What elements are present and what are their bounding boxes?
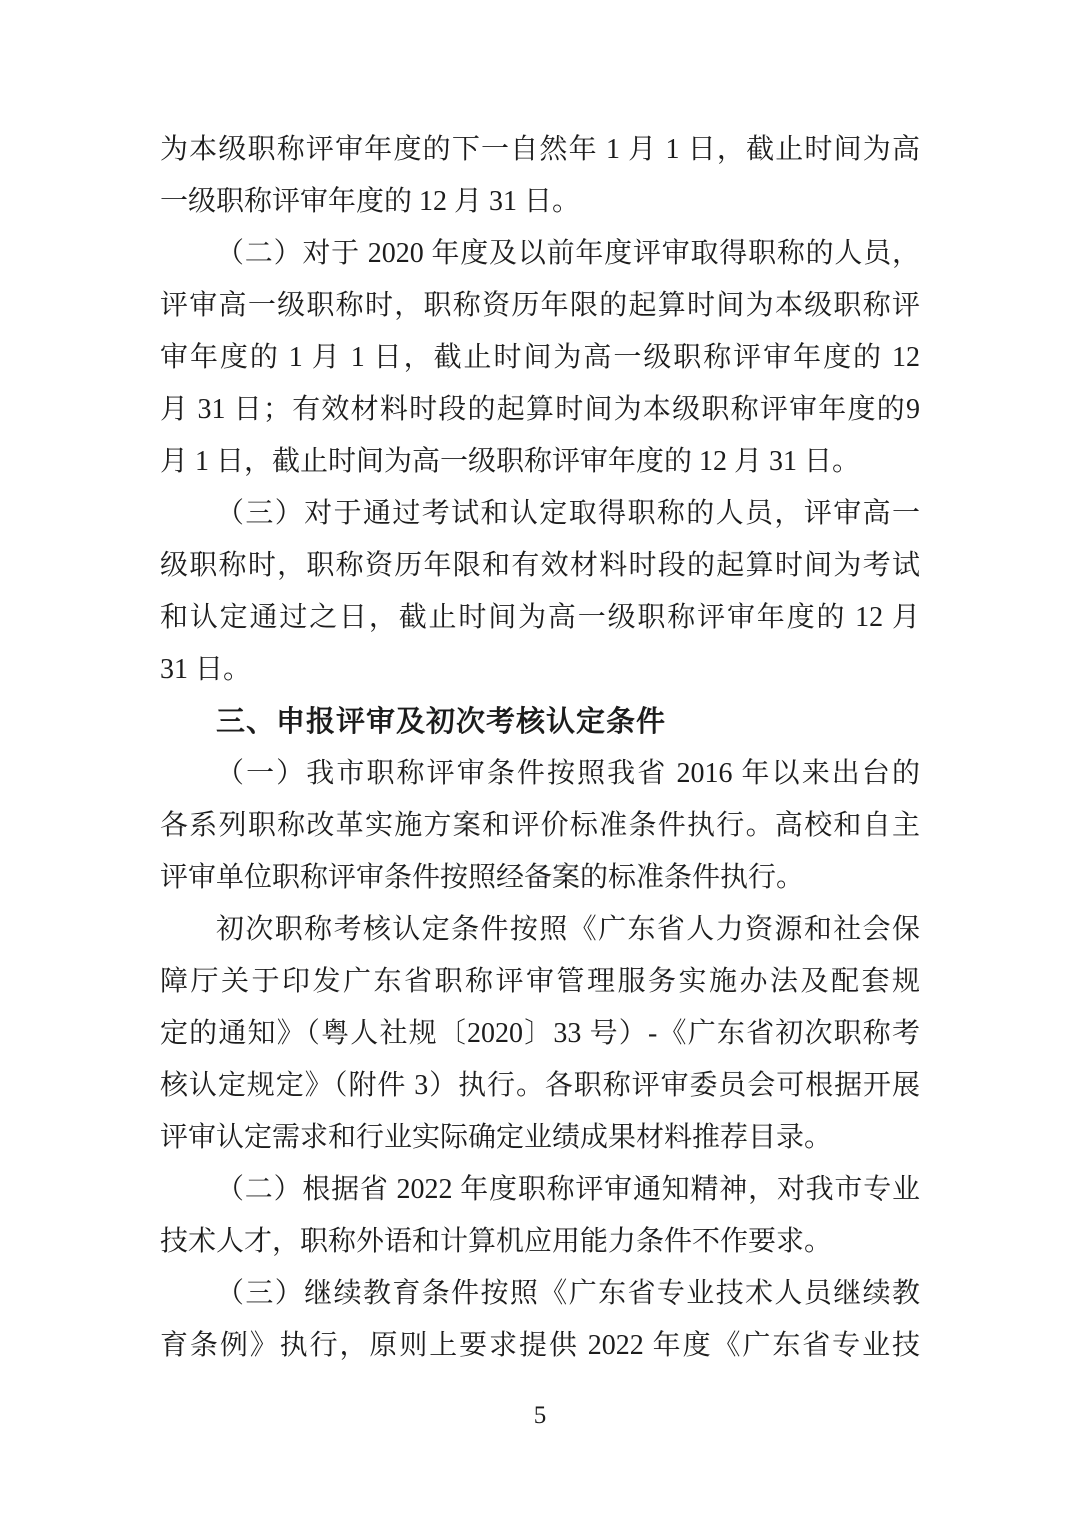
text-line: 育条例》执行，原则上要求提供 2022 年度《广东省专业技 <box>160 1320 920 1372</box>
text-line: （一）我市职称评审条件按照我省 2016 年以来出台的 <box>160 748 920 800</box>
text-line: （二）根据省 2022 年度职称评审通知精神，对我市专业 <box>160 1164 920 1216</box>
text-line: 定的通知》（粤人社规〔2020〕33 号）-《广东省初次职称考 <box>160 1008 920 1060</box>
text-line: 月 1 日，截止时间为高一级职称评审年度的 12 月 31 日。 <box>160 436 920 488</box>
document-body: 为本级职称评审年度的下一自然年 1 月 1 日，截止时间为高一级职称评审年度的 … <box>160 124 920 1372</box>
text-line: 障厅关于印发广东省职称评审管理服务实施办法及配套规 <box>160 956 920 1008</box>
text-line: 评审单位职称评审条件按照经备案的标准条件执行。 <box>160 852 920 904</box>
text-line: 一级职称评审年度的 12 月 31 日。 <box>160 176 920 228</box>
text-line: 技术人才，职称外语和计算机应用能力条件不作要求。 <box>160 1216 920 1268</box>
text-line: 为本级职称评审年度的下一自然年 1 月 1 日，截止时间为高 <box>160 124 920 176</box>
document-page: 为本级职称评审年度的下一自然年 1 月 1 日，截止时间为高一级职称评审年度的 … <box>0 0 1080 1527</box>
text-line: 各系列职称改革实施方案和评价标准条件执行。高校和自主 <box>160 800 920 852</box>
text-line: 核认定规定》（附件 3）执行。各职称评审委员会可根据开展 <box>160 1060 920 1112</box>
section-heading: 三、申报评审及初次考核认定条件 <box>160 696 920 748</box>
page-number: 5 <box>0 1402 1080 1430</box>
text-line: （二）对于 2020 年度及以前年度评审取得职称的人员， <box>160 228 920 280</box>
text-line: 审年度的 1 月 1 日，截止时间为高一级职称评审年度的 12 <box>160 332 920 384</box>
text-line: 级职称时，职称资历年限和有效材料时段的起算时间为考试 <box>160 540 920 592</box>
text-line: 和认定通过之日，截止时间为高一级职称评审年度的 12 月 <box>160 592 920 644</box>
text-line: 月 31 日；有效材料时段的起算时间为本级职称评审年度的9 <box>160 384 920 436</box>
text-line: （三）对于通过考试和认定取得职称的人员，评审高一 <box>160 488 920 540</box>
text-line: 初次职称考核认定条件按照《广东省人力资源和社会保 <box>160 904 920 956</box>
text-line: 31 日。 <box>160 644 920 696</box>
text-line: 评审认定需求和行业实际确定业绩成果材料推荐目录。 <box>160 1112 920 1164</box>
text-line: 评审高一级职称时，职称资历年限的起算时间为本级职称评 <box>160 280 920 332</box>
text-line: （三）继续教育条件按照《广东省专业技术人员继续教 <box>160 1268 920 1320</box>
